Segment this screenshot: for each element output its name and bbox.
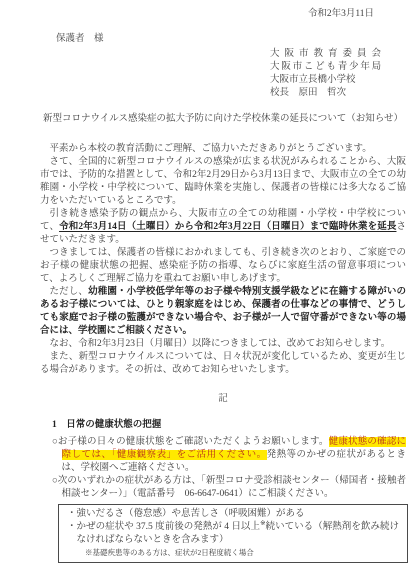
paragraph-request: つきましては、保護者の皆様におかれましても、引き続き次のとおり、ご家庭でのお子様… <box>40 247 406 286</box>
health-check-prefix: ○お子様の日々の健康状態をご確認いただくようお願いします。 <box>52 437 329 447</box>
symptom-criteria-box: ・強いだるさ（倦怠感）や息苦しさ（呼吸困難）がある ・かぜの症状や 37.5 度… <box>58 504 408 563</box>
paragraph-closure-extension: 引き続き感染予防の観点から、大阪市立の全ての幼稚園・小学校・中学校について、令和… <box>40 208 406 247</box>
bullet-health-check: ○お子様の日々の健康状態をご確認いただくようお願いします。健康状態の確認に際して… <box>52 436 406 475</box>
section-1-heading: 1 日常の健康状態の把握 <box>52 419 406 432</box>
closure-period-emphasis: 令和2年3月14日（土曜日）から令和2年3月22日（日曜日）まで臨時休業を延長 <box>59 222 396 232</box>
document-date: 令和2年3月11日 <box>40 8 406 21</box>
sender-principal: 校長 原田 哲次 <box>270 87 386 100</box>
sender-block: 大阪市教育委員会 大阪市こども青少年局 大阪市立長橋小学校 校長 原田 哲次 <box>40 48 406 100</box>
sender-school: 大阪市立長橋小学校 <box>270 74 386 87</box>
bullet-consult-center: ○次のいずれかの症状がある方は、「新型コロナ受診相談センター（帰国者・接触者相談… <box>52 475 406 501</box>
exception-prefix: ただし、 <box>50 287 89 297</box>
document-title: 新型コロナウイルス感染症の拡大予防に向けた学校休業の延長について（お知らせ） <box>40 113 406 126</box>
footnote-underlying-conditions: ※基礎疾患等のある方は、症状が2日程度続く場合 <box>85 547 399 558</box>
paragraph-future-notice: なお、令和2年3月23日（月曜日）以降につきましては、改めてお知らせします。 <box>40 338 406 351</box>
sender-org-board: 大阪市教育委員会 <box>270 48 386 61</box>
record-mark: 記 <box>40 393 406 406</box>
exception-bold-text: 幼稚園・小学校低学年等のお子様や特別支援学級などに在籍する障がいのあるお子様につ… <box>40 287 406 336</box>
symptom-item-fatigue: ・強いだるさ（倦怠感）や息苦しさ（呼吸困難）がある <box>67 508 399 521</box>
recipient-line: 保護者 様 <box>56 33 406 46</box>
symptom-item-fever: ・かぜの症状や 37.5 度前後の発熱が 4 日以上※続いている（解熱剤を飲み続… <box>67 521 399 547</box>
sender-org-bureau: 大阪市こども青少年局 <box>270 61 386 74</box>
fever-text-pre: ・かぜの症状や 37.5 度前後の発熱が 4 日以上 <box>67 522 260 532</box>
paragraph-background: さて、全国的に新型コロナウイルスの感染が広まる状況がみられることから、大阪市では… <box>40 156 406 208</box>
paragraph-exception: ただし、幼稚園・小学校低学年等のお子様や特別支援学級などに在籍する障がいのあるお… <box>40 286 406 338</box>
document-page: 令和2年3月11日 保護者 様 大阪市教育委員会 大阪市こども青少年局 大阪市立… <box>0 0 420 578</box>
paragraph-greeting: 平素から本校の教育活動にご理解、ご協力いただきありがとうございます。 <box>40 143 406 156</box>
paragraph-change-notice: また、新型コロナウイルスについては、日々状況が変化しているため、変更が生じる場合… <box>40 351 406 377</box>
